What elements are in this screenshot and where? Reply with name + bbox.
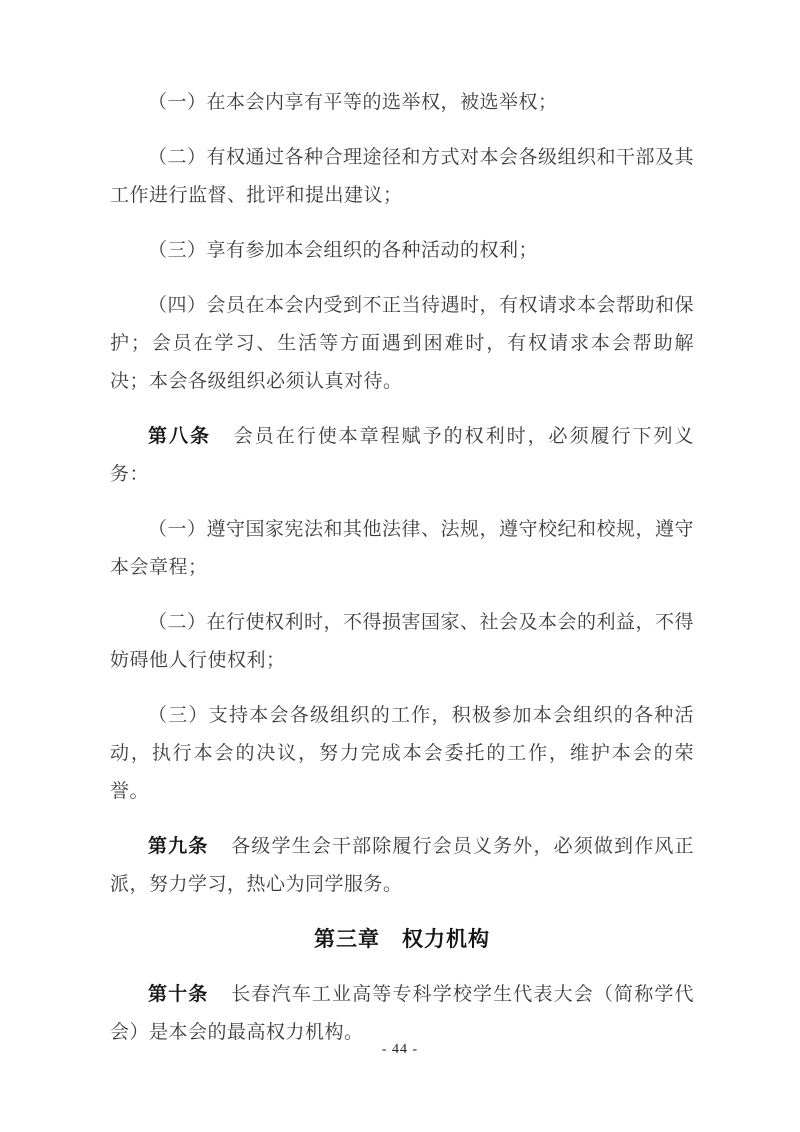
article-8-label: 第八条	[148, 426, 211, 447]
clause-item-4: （四）会员在本会内受到不正当待遇时，有权请求本会帮助和保护；会员在学习、生活等方…	[110, 287, 694, 401]
article-9-label: 第九条	[148, 836, 208, 857]
paragraph-text: （一）在本会内享有平等的选举权，被选举权；	[148, 92, 558, 113]
paragraph-text: （三）享有参加本会组织的各种活动的权利；	[148, 240, 538, 261]
article-8-paragraph: 第八条会员在行使本章程赋予的权利时，必须履行下列义务：	[110, 418, 694, 494]
clause-item-1: （一）在本会内享有平等的选举权，被选举权；	[110, 84, 694, 122]
clause-item-3: （三）享有参加本会组织的各种活动的权利；	[110, 232, 694, 270]
paragraph-text: （三）支持本会各级组织的工作，积极参加本会组织的各种活动，执行本会的决议，努力完…	[110, 705, 694, 802]
document-page: （一）在本会内享有平等的选举权，被选举权； （二）有权通过各种合理途径和方式对本…	[0, 0, 800, 1132]
clause-item-5: （一）遵守国家宪法和其他法律、法规，遵守校纪和校规，遵守本会章程；	[110, 511, 694, 587]
paragraph-text: （二）有权通过各种合理途径和方式对本会各级组织和干部及其工作进行监督、批评和提出…	[110, 147, 694, 206]
article-10-paragraph: 第十条长春汽车工业高等专科学校学生代表大会（简称学代会）是本会的最高权力机构。	[110, 976, 694, 1052]
clause-item-2: （二）有权通过各种合理途径和方式对本会各级组织和干部及其工作进行监督、批评和提出…	[110, 139, 694, 215]
paragraph-text: （一）遵守国家宪法和其他法律、法规，遵守校纪和校规，遵守本会章程；	[110, 519, 694, 578]
article-10-label: 第十条	[148, 984, 208, 1005]
clause-item-6: （二）在行使权利时，不得损害国家、社会及本会的利益，不得妨碍他人行使权利；	[110, 604, 694, 680]
paragraph-text: （四）会员在本会内受到不正当待遇时，有权请求本会帮助和保护；会员在学习、生活等方…	[110, 295, 694, 392]
page-number: - 44 -	[0, 1042, 800, 1058]
document-body: （一）在本会内享有平等的选举权，被选举权； （二）有权通过各种合理途径和方式对本…	[110, 84, 694, 1069]
chapter-heading: 第三章 权力机构	[110, 921, 694, 959]
paragraph-text: （二）在行使权利时，不得损害国家、社会及本会的利益，不得妨碍他人行使权利；	[110, 612, 694, 671]
clause-item-7: （三）支持本会各级组织的工作，积极参加本会组织的各种活动，执行本会的决议，努力完…	[110, 697, 694, 811]
article-9-paragraph: 第九条各级学生会干部除履行会员义务外，必须做到作风正派，努力学习，热心为同学服务…	[110, 828, 694, 904]
